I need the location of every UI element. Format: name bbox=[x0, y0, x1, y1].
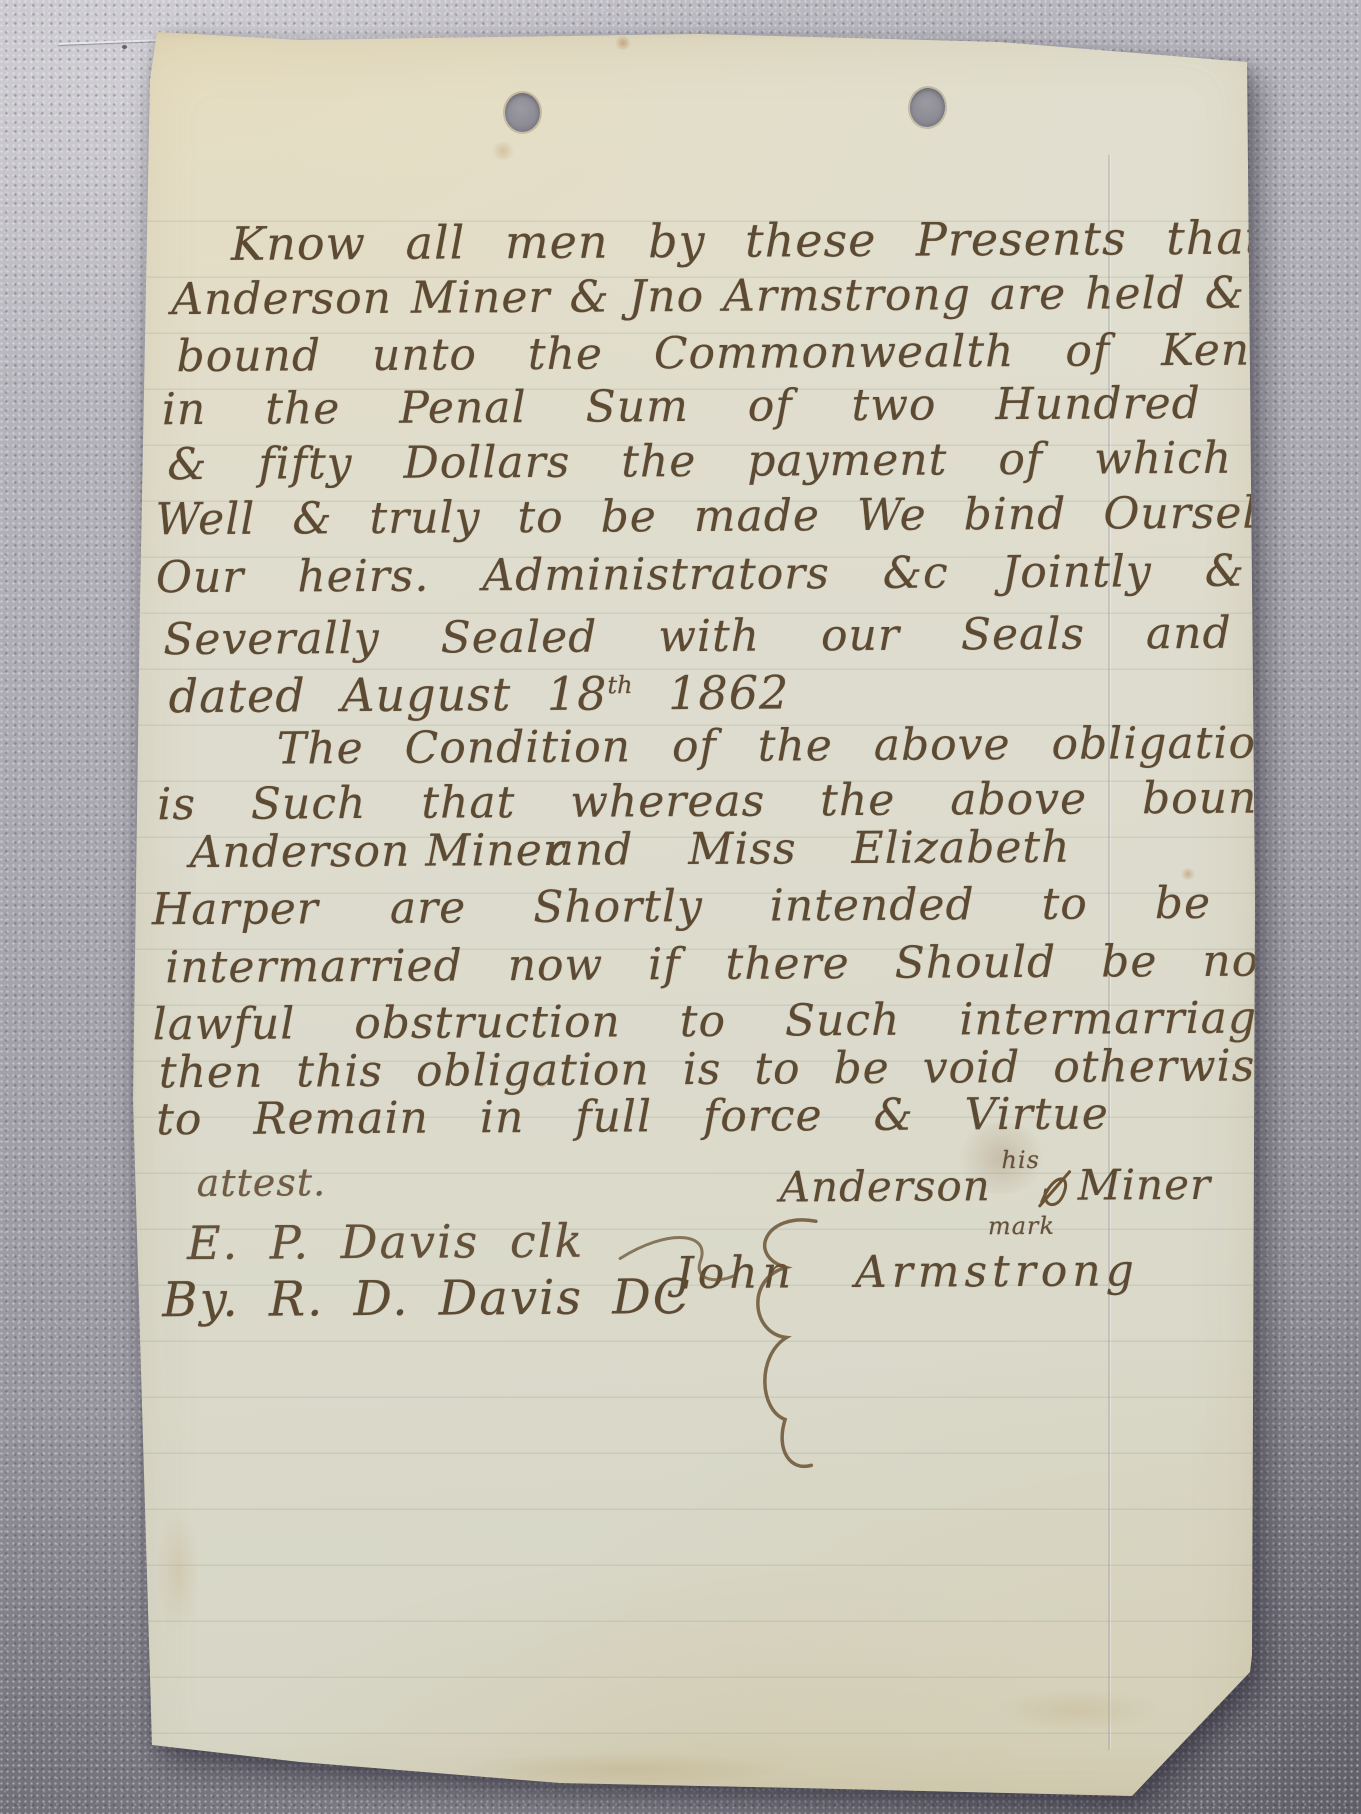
line-condition: The Condition of the above obligation bbox=[277, 717, 1286, 774]
line-obligation-void: then this obligation is to be void other… bbox=[159, 1040, 1283, 1098]
line-fifty-dollars: & fifty Dollars the payment of which bbox=[167, 433, 1232, 491]
line-penal-sum: in the Penal Sum of two Hundred bbox=[162, 378, 1201, 435]
signature-anderson-surname: Miner bbox=[1078, 1160, 1212, 1210]
line-opening: Know all men by these Presents that we bbox=[231, 210, 1361, 271]
line-well-truly: Well & truly to be made We bind Ourselve… bbox=[155, 487, 1334, 545]
line-groom-rest: and Miss Elizabeth bbox=[547, 822, 1070, 876]
line-whereas: is Such that whereas the above bound bbox=[157, 772, 1287, 830]
attest-label: attest. bbox=[196, 1160, 326, 1205]
his-mark-x-icon bbox=[1031, 1158, 1079, 1214]
signature-anderson-given: Anderson bbox=[780, 1161, 991, 1211]
date-pre: dated August 18 bbox=[168, 667, 607, 724]
mark-label: mark bbox=[988, 1212, 1055, 1240]
handwriting-layer: Know all men by these Presents that we A… bbox=[123, 27, 1266, 1806]
paper: Know all men by these Presents that we A… bbox=[128, 30, 1260, 1802]
groom-name: Anderson Miner bbox=[189, 825, 565, 878]
bride-name: Harper bbox=[152, 883, 319, 935]
line-bride-rest: are Shortly intended to be bbox=[390, 878, 1211, 934]
signature-clerk: E. P. Davis clk bbox=[187, 1214, 585, 1270]
clerk-brace-flourish bbox=[608, 1209, 840, 1490]
line-intermarried: intermarried now if there Should be no bbox=[165, 936, 1259, 994]
line-severally-sealed: Severally Sealed with our Seals and bbox=[163, 608, 1232, 666]
paper-shadow-wrapper: Know all men by these Presents that we A… bbox=[0, 0, 1361, 1814]
line-dated: dated August 18th 1862 bbox=[168, 665, 789, 723]
line-parties: Anderson Miner & Jno Armstrong are held … bbox=[171, 267, 1361, 326]
line-full-force: to Remain in full force & Virtue bbox=[156, 1088, 1109, 1145]
line-bound-unto: bound unto the Commonwealth of Kentucky bbox=[176, 324, 1361, 382]
line-heirs-administrators: Our heirs. Administrators &c Jointly & bbox=[156, 546, 1245, 604]
date-superscript: th bbox=[607, 671, 632, 699]
date-year: 1862 bbox=[668, 665, 789, 720]
